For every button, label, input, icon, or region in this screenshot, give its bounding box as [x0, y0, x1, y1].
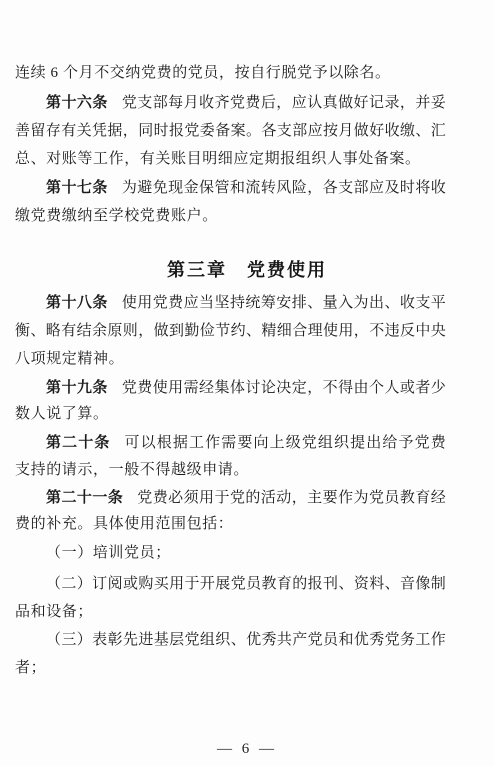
text-line: 支持的请示，一般不得越级申请。 — [15, 460, 446, 480]
text-line: 费的补充。具体使用范围包括： — [15, 514, 446, 534]
chapter-heading-text: 第三章 党费使用 — [167, 260, 327, 280]
article-number: 第十七条 — [46, 179, 108, 196]
article-16-line: 第十六条党支部每月收齐党费后，应认真做好记录，并妥 — [15, 93, 446, 113]
text-line: 总、对账等工作，有关账目明细应定期报组织人事处备案。 — [15, 149, 446, 169]
text-line: 连续 6 个月不交纳党费的党员，按自行脱党予以除名。 — [15, 63, 446, 83]
line-text: 支持的请示，一般不得越级申请。 — [15, 462, 249, 478]
line-text: 缴党费缴纳至学校党费账户。 — [15, 208, 218, 224]
line-text: 八项规定精神。 — [15, 351, 124, 367]
chapter-heading: 第三章 党费使用 — [0, 259, 494, 281]
page-number-text: — 6 — — [217, 741, 277, 757]
page-number: — 6 — — [0, 740, 494, 758]
line-text: 数人说了算。 — [15, 406, 109, 422]
text-line: 品和设备； — [15, 602, 446, 622]
line-text: （二）订阅或购买用于开展党员教育的报刊、资料、音像制 — [46, 576, 446, 592]
line-text: 连续 6 个月不交纳党费的党员，按自行脱党予以除名。 — [15, 65, 391, 81]
text-line: 缴党费缴纳至学校党费账户。 — [15, 206, 446, 226]
line-text: （一）培训党员； — [46, 545, 171, 561]
line-text: 党费必须用于党的活动，主要作为党员教育经 — [137, 490, 446, 506]
line-text: 党支部每月收齐党费后，应认真做好记录，并妥 — [122, 95, 446, 111]
line-text: 费的补充。具体使用范围包括： — [15, 516, 233, 532]
article-18-line: 第十八条使用党费应当坚持统筹安排、量入为出、收支平 — [15, 293, 446, 313]
article-number: 第二十条 — [46, 434, 110, 451]
line-text: 品和设备； — [15, 604, 93, 620]
line-text: 衡、略有结余原则，做到勤俭节约、精细合理使用，不违反中央 — [15, 323, 446, 339]
text-line: 者； — [15, 658, 446, 678]
text-line: 数人说了算。 — [15, 404, 446, 424]
line-text: 者； — [15, 660, 46, 676]
line-text: （三）表彰先进基层党组织、优秀共产党员和优秀党务工作 — [46, 632, 446, 648]
article-number: 第十八条 — [46, 294, 108, 311]
document-page: 连续 6 个月不交纳党费的党员，按自行脱党予以除名。 第十六条党支部每月收齐党费… — [0, 0, 494, 766]
line-text: 使用党费应当坚持统筹安排、量入为出、收支平 — [122, 295, 446, 311]
article-21-line: 第二十一条党费必须用于党的活动，主要作为党员教育经 — [15, 488, 446, 508]
line-text: 总、对账等工作，有关账目明细应定期报组织人事处备案。 — [15, 151, 421, 167]
line-text: 为避免现金保管和流转风险，各支部应及时将收 — [122, 180, 446, 196]
line-text: 党费使用需经集体讨论决定，不得由个人或者少 — [122, 380, 446, 396]
list-item-line: （一）培训党员； — [15, 543, 446, 563]
article-20-line: 第二十条可以根据工作需要向上级党组织提出给予党费 — [15, 433, 446, 453]
article-number: 第二十一条 — [46, 489, 123, 506]
line-text: 善留存有关凭据，同时报党委备案。各支部应按月做好收缴、汇 — [15, 123, 446, 139]
text-line: 衡、略有结余原则，做到勤俭节约、精细合理使用，不违反中央 — [15, 321, 446, 341]
article-number: 第十六条 — [46, 94, 108, 111]
text-line: 八项规定精神。 — [15, 349, 446, 369]
article-17-line: 第十七条为避免现金保管和流转风险，各支部应及时将收 — [15, 178, 446, 198]
article-19-line: 第十九条党费使用需经集体讨论决定，不得由个人或者少 — [15, 378, 446, 398]
text-line: 善留存有关凭据，同时报党委备案。各支部应按月做好收缴、汇 — [15, 121, 446, 141]
article-number: 第十九条 — [46, 379, 108, 396]
list-item-line: （三）表彰先进基层党组织、优秀共产党员和优秀党务工作 — [15, 630, 446, 650]
line-text: 可以根据工作需要向上级党组织提出给予党费 — [124, 435, 446, 451]
list-item-line: （二）订阅或购买用于开展党员教育的报刊、资料、音像制 — [15, 574, 446, 594]
